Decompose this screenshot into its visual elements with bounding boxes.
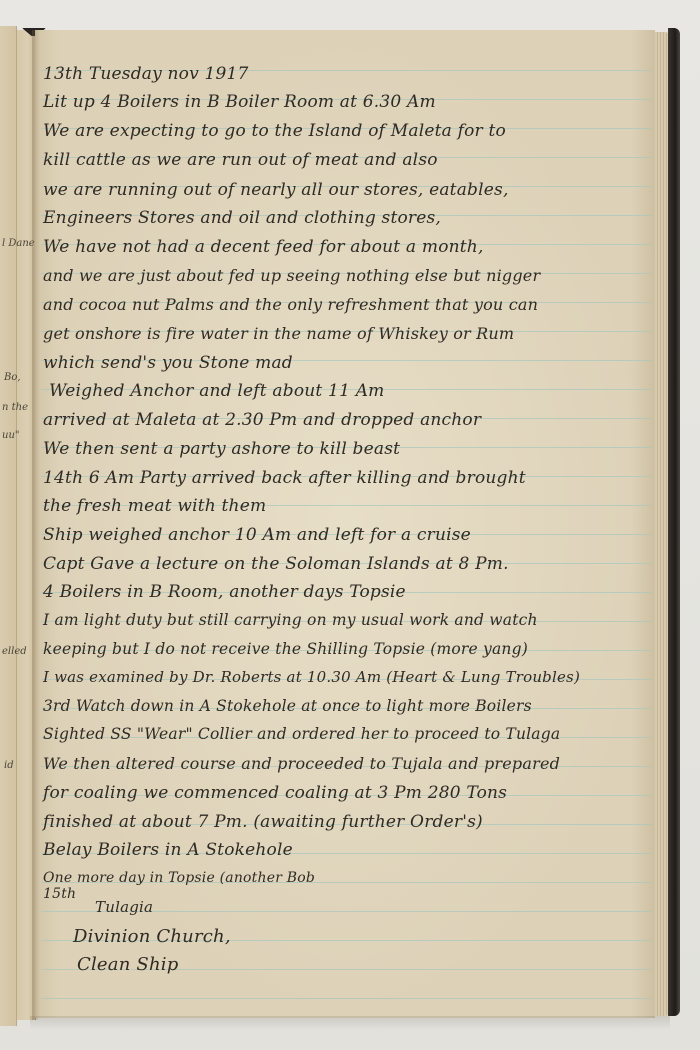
margin-note: l Dane <box>2 238 35 249</box>
entry-line: We then sent a party ashore to kill beas… <box>43 439 400 459</box>
entry-line: finished at about 7 Pm. (awaiting furthe… <box>43 812 483 832</box>
entry-line: I am light duty but still carrying on my… <box>43 611 538 629</box>
entry-line: We then altered course and proceeded to … <box>43 754 560 773</box>
book-cover-edge <box>668 28 680 1016</box>
entry-line: One more day in Topsie (another Bob <box>43 870 315 886</box>
entry-line: the fresh meat with them <box>43 496 266 516</box>
entry-date-heading: 13th Tuesday nov 1917 <box>43 64 249 84</box>
entry-line: Belay Boilers in A Stokehole <box>43 840 293 860</box>
entry-line: keeping but I do not receive the Shillin… <box>43 640 528 658</box>
margin-note: Bo, <box>4 372 21 383</box>
entry-line: We have not had a decent feed for about … <box>43 237 484 257</box>
entry-line: 4 Boilers in B Room, another days Topsie <box>43 582 406 602</box>
margin-note: n the <box>2 402 28 413</box>
entry-line: Ship weighed anchor 10 Am and left for a… <box>43 525 471 545</box>
entry-line: for coaling we commenced coaling at 3 Pm… <box>43 783 507 803</box>
notebook-scene: l Dane Bo, n the uu" elled id 13th Tuesd… <box>0 0 700 1050</box>
entry-line: we are running out of nearly all our sto… <box>43 180 509 200</box>
page-stack-edges <box>655 32 669 1016</box>
entry-line: and cocoa nut Palms and the only refresh… <box>43 295 538 314</box>
gutter-shadow <box>32 30 40 1020</box>
entry-date-line: 14th 6 Am Party arrived back after killi… <box>43 468 526 488</box>
margin-note: id <box>4 760 14 771</box>
entry-location: Tulagia <box>95 898 153 916</box>
diary-page: 13th Tuesday nov 1917 Lit up 4 Boilers i… <box>35 30 655 1018</box>
entry-line: Sighted SS "Wear" Collier and ordered he… <box>43 725 560 743</box>
entry-line: Capt Gave a lecture on the Soloman Islan… <box>43 554 509 574</box>
entry-line: Engineers Stores and oil and clothing st… <box>43 208 441 228</box>
ruled-line <box>41 998 651 999</box>
entry-line: 3rd Watch down in A Stokehole at once to… <box>43 697 532 715</box>
entry-line: I was examined by Dr. Roberts at 10.30 A… <box>43 668 580 686</box>
entry-line: which send's you Stone mad <box>43 353 293 373</box>
entry-line: arrived at Maleta at 2.30 Pm and dropped… <box>43 410 481 430</box>
margin-note: elled <box>2 646 27 657</box>
entry-line: We are expecting to go to the Island of … <box>43 121 506 141</box>
entry-line: kill cattle as we are run out of meat an… <box>43 150 438 170</box>
entry-line: Divinion Church, <box>73 926 231 947</box>
entry-line: Weighed Anchor and left about 11 Am <box>49 381 385 401</box>
entry-date-line: 15th <box>43 886 76 902</box>
entry-line: Clean Ship <box>77 954 178 975</box>
margin-note: uu" <box>2 430 19 441</box>
entry-line: get onshore is fire water in the name of… <box>43 324 514 343</box>
book-shadow <box>30 1016 670 1030</box>
entry-line: and we are just about fed up seeing noth… <box>43 266 540 285</box>
facing-page-edge <box>0 26 17 1026</box>
entry-line: Lit up 4 Boilers in B Boiler Room at 6.3… <box>43 92 436 112</box>
